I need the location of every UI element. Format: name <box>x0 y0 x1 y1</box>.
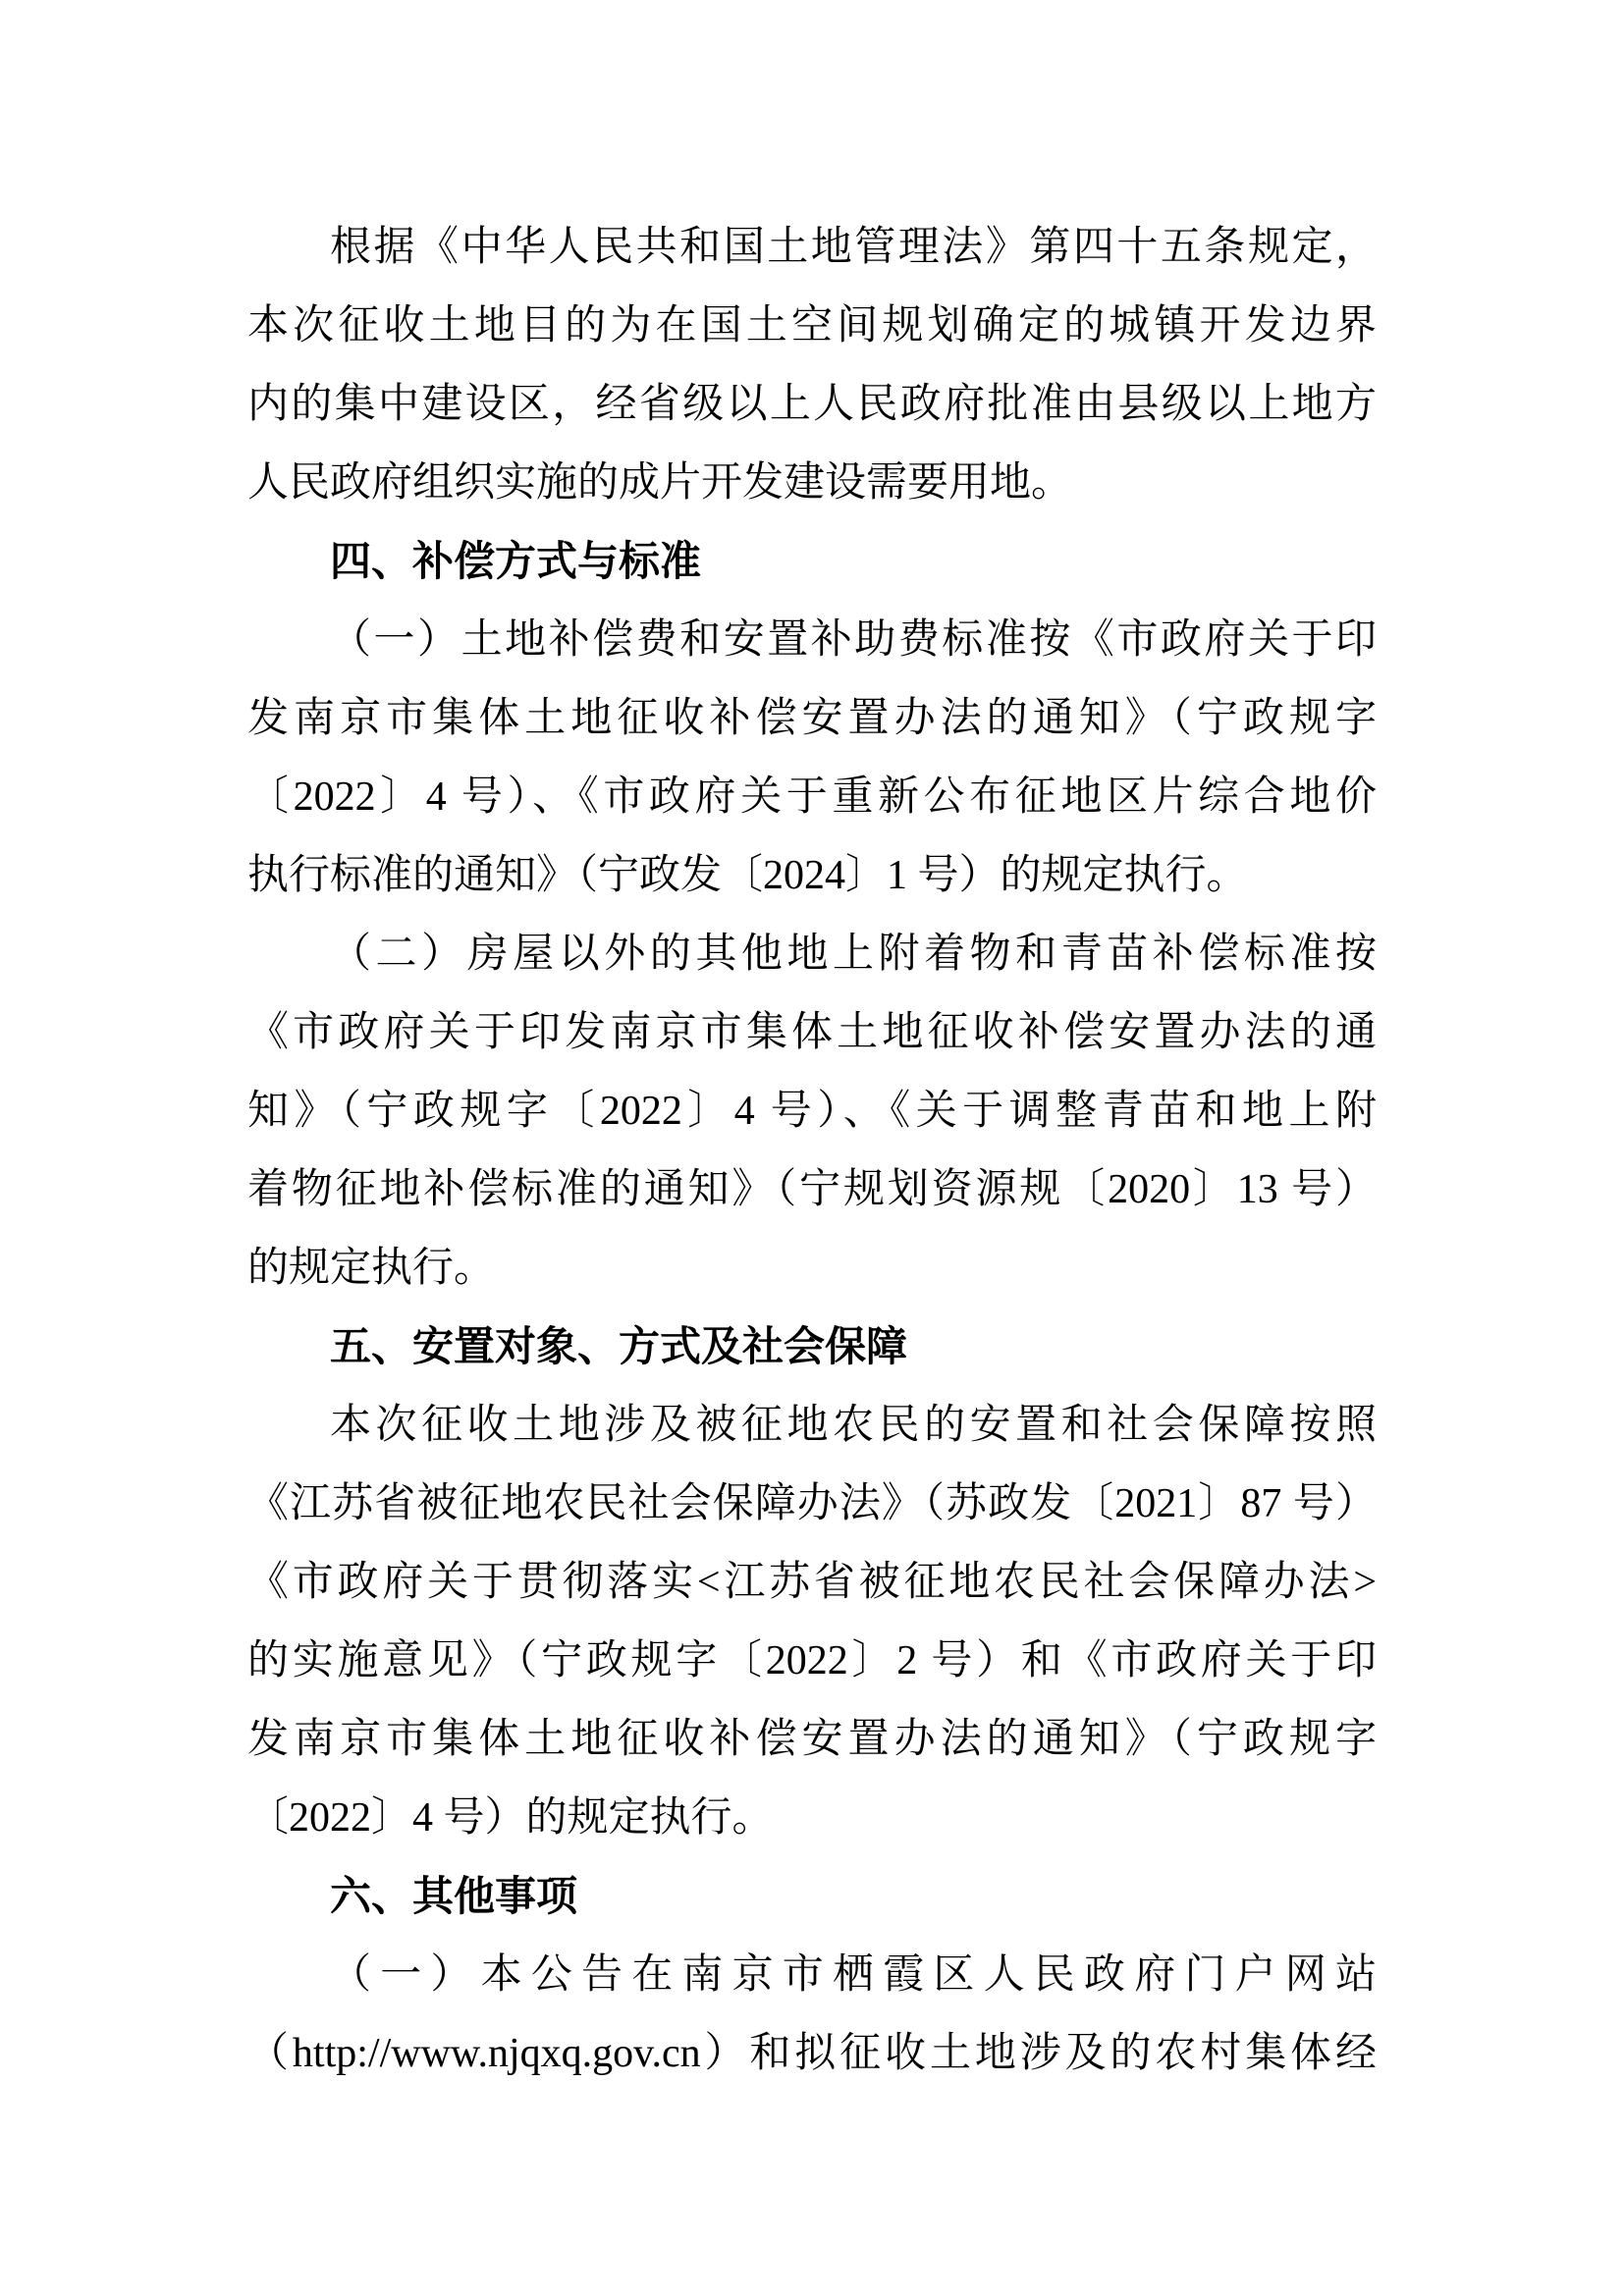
doc-line: 人民政府组织实施的成片开发建设需要用地。 <box>247 444 1377 522</box>
document-page: 根据《中华人民共和国土地管理法》第四十五条规定， 本次征收土地目的为在国土空间规… <box>0 0 1624 2296</box>
doc-line: 的实施意见》（宁政规字〔2022〕2 号）和《市政府关于印 <box>247 1622 1377 1700</box>
doc-line: 《江苏省被征地农民社会保障办法》（苏政发〔2021〕87 号） <box>247 1465 1377 1543</box>
doc-line: 〔2022〕4 号）、《市政府关于重新公布征地区片综合地价 <box>247 758 1377 836</box>
doc-line: 发南京市集体土地征收补偿安置办法的通知》（宁政规字 <box>247 1700 1377 1779</box>
doc-line: 本次征收土地涉及被征地农民的安置和社会保障按照 <box>247 1386 1377 1465</box>
doc-line: 《市政府关于印发南京市集体土地征收补偿安置办法的通 <box>247 993 1377 1072</box>
document-text-block: 根据《中华人民共和国土地管理法》第四十五条规定， 本次征收土地目的为在国土空间规… <box>247 208 1377 2093</box>
doc-line: （一）本公告在南京市栖霞区人民政府门户网站 <box>247 1936 1377 2014</box>
section-heading: 四、补偿方式与标准 <box>247 522 1377 601</box>
doc-line: 本次征收土地目的为在国土空间规划确定的城镇开发边界 <box>247 287 1377 365</box>
doc-line: 着物征地补偿标准的通知》（宁规划资源规〔2020〕13 号） <box>247 1150 1377 1229</box>
doc-line: 执行标准的通知》（宁政发〔2024〕1 号）的规定执行。 <box>247 836 1377 915</box>
doc-line: 知》（宁政规字〔2022〕4 号）、《关于调整青苗和地上附 <box>247 1072 1377 1150</box>
doc-line: 的规定执行。 <box>247 1229 1377 1308</box>
doc-line: （一）土地补偿费和安置补助费标准按《市政府关于印 <box>247 601 1377 679</box>
doc-line: 根据《中华人民共和国土地管理法》第四十五条规定， <box>247 208 1377 287</box>
doc-line: （http://www.njqxq.gov.cn）和拟征收土地涉及的农村集体经 <box>247 2014 1377 2093</box>
doc-line: 发南京市集体土地征收补偿安置办法的通知》（宁政规字 <box>247 679 1377 758</box>
doc-line: （二）房屋以外的其他地上附着物和青苗补偿标准按 <box>247 915 1377 993</box>
doc-line: 《市政府关于贯彻落实<江苏省被征地农民社会保障办法> <box>247 1543 1377 1622</box>
section-heading: 六、其他事项 <box>247 1857 1377 1936</box>
doc-line: 内的集中建设区，经省级以上人民政府批准由县级以上地方 <box>247 365 1377 444</box>
section-heading: 五、安置对象、方式及社会保障 <box>247 1308 1377 1386</box>
doc-line: 〔2022〕4 号）的规定执行。 <box>247 1779 1377 1857</box>
